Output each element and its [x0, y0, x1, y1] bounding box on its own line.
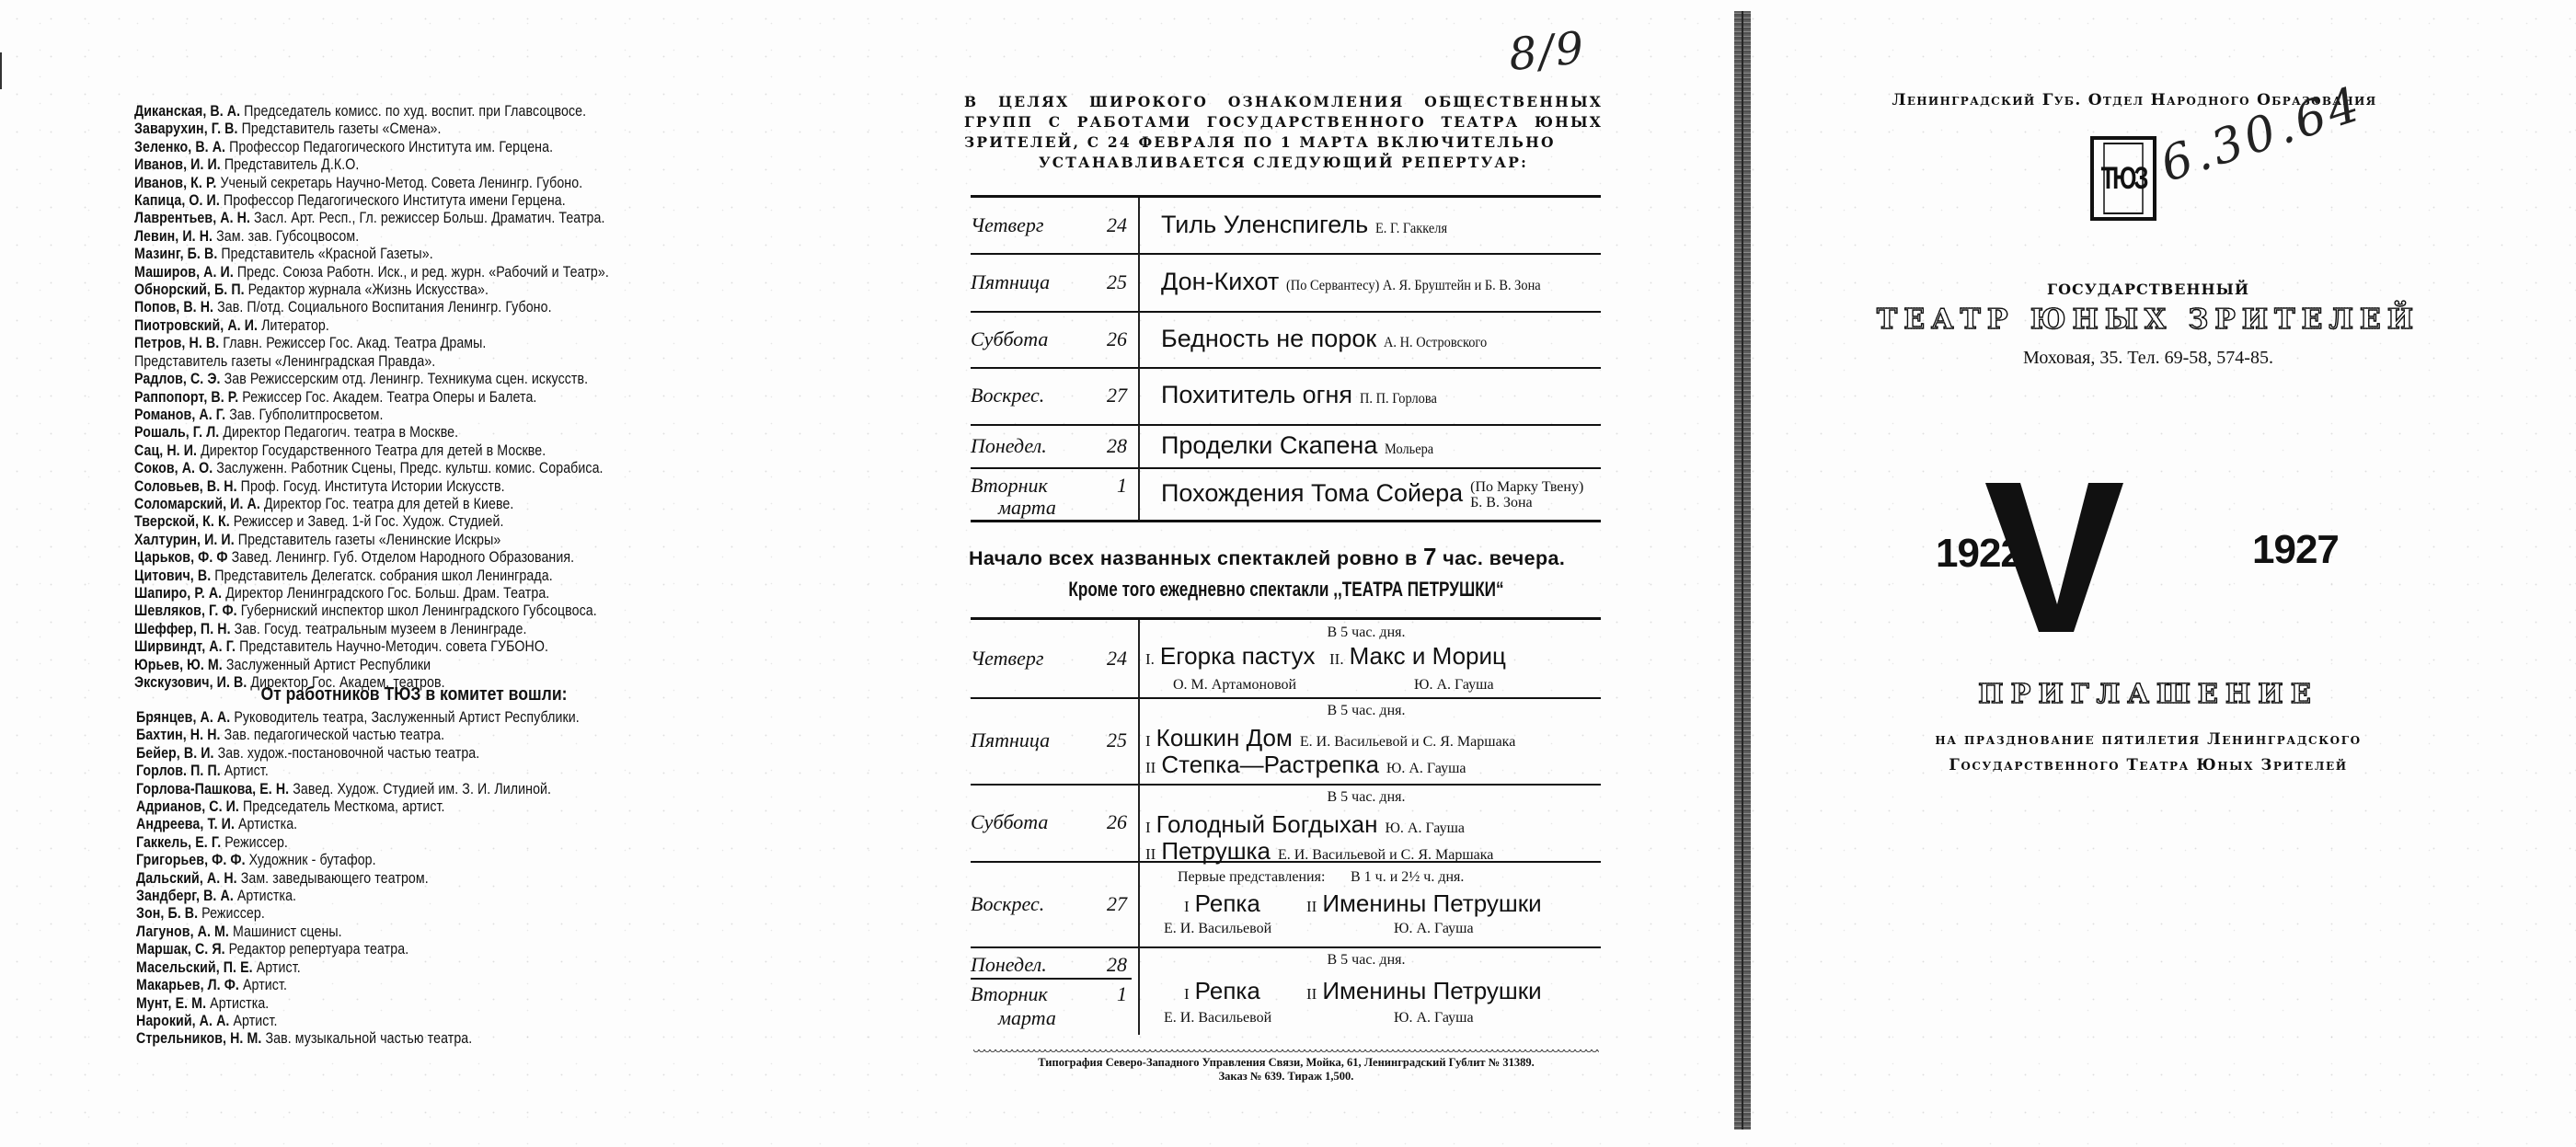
member-role: Артистка. — [238, 816, 297, 832]
play-author: Ю. А. Гауша — [1385, 820, 1465, 836]
play-cell: Тиль УленспигельЕ. Г. Гаккеля — [1161, 211, 1455, 239]
play-number: II — [1306, 898, 1317, 915]
member-name: Гаккель, Е. Г. — [136, 834, 221, 851]
committee-member: Тверской, К. К. Режиссер и Завед. 1-й Го… — [134, 513, 688, 531]
member-role: Проф. Госуд. Института Истории Искусств. — [241, 478, 505, 495]
member-role: Машинист сцены. — [233, 923, 342, 940]
member-role: Представитель газеты «Смена». — [242, 120, 442, 137]
committee-member: Зеленко, В. А. Профессор Педагогического… — [134, 139, 688, 156]
day-date: 28 — [1107, 434, 1127, 458]
play-title: Репка — [1195, 889, 1260, 917]
member-role: Завед. Худож. Студией им. З. И. Лилиной. — [293, 781, 551, 797]
play-number: I — [1145, 819, 1151, 836]
member-name: Масельский, П. Е. — [136, 959, 253, 976]
play-title: Макс и Мориц — [1350, 642, 1506, 670]
member-name: Капица, О. И. — [134, 192, 220, 209]
column-divider — [1138, 468, 1140, 521]
member-role: Представитель Д.К.О. — [224, 156, 360, 173]
member-name: Шевляков, Г. Ф. — [134, 602, 237, 619]
puppet-theatre-notice: Кроме того ежедневно спектакли ,,ТЕАТРА … — [1039, 578, 1534, 602]
member-role: Зам. зав. Губсоцвосом. — [216, 228, 359, 245]
puppet-play: IКошкин ДомЕ. И. Васильевой и С. Я. Марш… — [1145, 724, 1515, 752]
row-rule — [971, 520, 1601, 522]
day-cell: Четверг24 — [971, 213, 1132, 250]
puppet-schedule-row: Суббота26В 5 час. дня.IГолодный Богдыхан… — [971, 785, 1596, 862]
member-name: Цитович, В. — [134, 568, 211, 584]
committee-member: Горлов. П. П. Артист. — [136, 763, 690, 780]
show-time: В 5 час. дня. — [971, 703, 1596, 719]
member-name: Обнорский, Б. П. — [134, 281, 245, 298]
member-name: Горлова-Пашкова, Е. Н. — [136, 781, 289, 797]
play-author: А. Н. Островского — [1384, 335, 1487, 351]
member-name: Романов, А. Г. — [134, 407, 225, 423]
puppet-schedule-row: Пятница25В 5 час. дня.IКошкин ДомЕ. И. В… — [971, 698, 1596, 785]
committee-member: Мунт, Е. М. Артистка. — [136, 995, 690, 1013]
member-name: Зандберг, В. А. — [136, 888, 234, 904]
member-name: Григорьев, Ф. Ф. — [136, 852, 246, 868]
day-date: 24 — [1107, 213, 1127, 237]
committee-member: Соловьев, В. Н. Проф. Госуд. Института И… — [134, 478, 688, 496]
member-name: Макарьев, Л. Ф. — [136, 977, 239, 993]
committee-member: Попов, В. Н. Зав. П/отд. Социального Вос… — [134, 299, 688, 316]
committee-member: Шеффер, П. Н. Зав. Госуд. театральным му… — [134, 621, 688, 638]
day-date: 1 — [1117, 474, 1127, 498]
play-author: Ю. А. Гауша — [1394, 921, 1474, 937]
ornamental-wavy-rule — [973, 1050, 1599, 1055]
play-author: Е. Г. Гаккеля — [1375, 221, 1447, 237]
committee-member: Заварухин, Г. В. Представитель газеты «С… — [134, 120, 688, 138]
intro-line: В целях широкого ознакомления общественн… — [964, 93, 1603, 110]
committee-member: Рошаль, Г. Л. Директор Педагогич. театра… — [134, 424, 688, 442]
show-time: В 1 ч. и 2½ ч. дня. — [1351, 869, 1464, 886]
day-cell: Пятница25 — [971, 270, 1132, 307]
committee-member: Андреева, Т. И. Артистка. — [136, 816, 690, 833]
committee-member: Нарокий, А. А. Артист. — [136, 1013, 690, 1030]
play-number: II — [1145, 759, 1156, 776]
member-name: Брянцев, А. А. — [136, 709, 230, 726]
member-role: Артистка. — [237, 888, 296, 904]
member-name: Соловьев, В. Н. — [134, 478, 237, 495]
committee-member: Представитель газеты «Ленинградская Прав… — [134, 353, 688, 371]
day-split-rule — [971, 978, 1132, 980]
member-name: Маршак, С. Я. — [136, 941, 225, 958]
member-role: Артист. — [257, 959, 301, 976]
member-name: Диканская, В. А. — [134, 103, 240, 120]
committee-member: Макарьев, Л. Ф. Артист. — [136, 977, 690, 994]
member-name: Шапиро, Р. А. — [134, 585, 222, 602]
member-name: Стрельников, Н. М. — [136, 1030, 261, 1047]
member-name: Андреева, Т. И. — [136, 816, 235, 832]
member-role: Засл. Арт. Респ., Гл. режиссер Больш. Др… — [254, 210, 605, 226]
committee-member: Горлова-Пашкова, Е. Н. Завед. Худож. Сту… — [136, 781, 690, 798]
puppet-schedule-row: Четверг24В 5 час. дня.I.Егорка пастухО. … — [971, 620, 1596, 698]
play-author: Е. И. Васильевой — [1164, 921, 1271, 937]
page-edge-mark — [0, 52, 2, 89]
page-fold-shadow — [1734, 11, 1751, 1130]
committee-member: Шевляков, Г. Ф. Губерниский инспектор шк… — [134, 602, 688, 620]
day-month: марта — [998, 496, 1056, 520]
printer-imprint: Типография Северо-Западного Управления С… — [973, 1056, 1599, 1084]
member-name: Зон, Б. В. — [136, 905, 198, 922]
member-role: Литератор. — [261, 317, 329, 334]
day-cell: Суббота26 — [971, 810, 1132, 836]
committee-member: Диканская, В. А. Председатель комисс. по… — [134, 103, 688, 120]
play-number: I — [1184, 898, 1190, 915]
member-name: Попов, В. Н. — [134, 299, 213, 315]
play-title: Голодный Богдыхан — [1156, 810, 1378, 838]
play-title: Дон-Кихот — [1161, 268, 1279, 295]
member-name: Зеленко, В. А. — [134, 139, 225, 155]
play-title: Тиль Уленспигель — [1161, 211, 1368, 238]
member-role: Артист. — [233, 1013, 277, 1029]
theatre-gos-label: Государственный — [1803, 281, 2493, 298]
member-role: Председатель комисс. по худ. воспит. при… — [244, 103, 586, 120]
committee-member: Пиотровский, А. И. Литератор. — [134, 317, 688, 335]
member-role: Руководитель театра, Заслуженный Артист … — [234, 709, 579, 726]
committee-member: Гаккель, Е. Г. Режиссер. — [136, 834, 690, 852]
member-role: Ученый секретарь Научно-Метод. Совета Ле… — [220, 175, 582, 191]
member-name: Рошаль, Г. Л. — [134, 424, 219, 441]
member-role: Артистка. — [210, 995, 269, 1012]
member-name: Раппопорт, В. Р. — [134, 389, 238, 406]
member-name: Мунт, Е. М. — [136, 995, 206, 1012]
member-role: Зав Режиссерским отд. Ленингр. Техникума… — [224, 371, 589, 387]
puppet-play: II.Макс и Мориц — [1329, 642, 1506, 671]
roman-numeral-v-icon — [1985, 483, 2123, 632]
member-name: Нарокий, А. А. — [136, 1013, 229, 1029]
premiere-note: Первые представления: — [1178, 869, 1325, 886]
invitation-title: Приглашение — [1803, 678, 2493, 709]
committee-member: Григорьев, Ф. Ф. Художник - бутафор. — [136, 852, 690, 869]
play-title: Похититель огня — [1161, 381, 1352, 408]
member-role: Редактор журнала «Жизнь Искусства». — [248, 281, 489, 298]
play-title: Кошкин Дом — [1156, 724, 1293, 751]
play-title: Именины Петрушки — [1322, 889, 1541, 917]
play-number: I — [1184, 985, 1190, 1003]
invitation-subtitle: на празднование пятилетия Ленинградского… — [1803, 727, 2493, 778]
year-end: 1927 — [2252, 527, 2339, 573]
column-divider — [1138, 312, 1140, 368]
member-name: Заварухин, Г. В. — [134, 120, 238, 137]
tuz-logo-icon: ТЮЗ — [2090, 136, 2156, 221]
member-role: Профессор Педагогического Института им. … — [229, 139, 553, 155]
member-role: Артист. — [243, 977, 287, 993]
member-role: Режиссер Гос. Академ. Театра Оперы и Бал… — [242, 389, 536, 406]
puppet-play: IIИменины Петрушки — [1306, 889, 1542, 918]
committee-member: Халтурин, И. И. Представитель газеты «Ле… — [134, 532, 688, 549]
play-title: Репка — [1195, 977, 1260, 1004]
member-name: Маширов, А. И. — [134, 264, 234, 281]
play-author: Ю. А. Гауша — [1394, 1010, 1474, 1027]
play-number: I. — [1145, 650, 1155, 668]
day-cell: Воскрес.27 — [971, 384, 1132, 420]
column-divider — [1138, 254, 1140, 312]
play-cell: Бедность не порокА. Н. Островского — [1161, 325, 1499, 353]
day-cell: Вторник1марта — [971, 474, 1132, 510]
member-name: Царьков, Ф. Ф — [134, 549, 228, 566]
play-cell: Дон-Кихот(По Сервантесу) А. Я. Бруштейн … — [1161, 268, 1570, 296]
member-role: Председатель Месткома, артист. — [243, 798, 445, 815]
member-name: Адрианов, С. И. — [136, 798, 239, 815]
member-role: Заслуженный Артист Республики — [226, 657, 431, 673]
member-name: Петров, Н. В. — [134, 335, 219, 351]
member-name: Мазинг, Б. В. — [134, 246, 217, 262]
play-title: Именины Петрушки — [1322, 977, 1541, 1004]
committee-member: Ширвиндт, А. Г. Представитель Научно-Мет… — [134, 638, 688, 656]
committee-member: Зон, Б. В. Режиссер. — [136, 905, 690, 923]
member-role: Артист. — [224, 763, 269, 779]
member-role: Представитель Делегатск. собрания школ Л… — [214, 568, 552, 584]
puppet-play: IIИменины Петрушки — [1306, 977, 1542, 1005]
day-name: Четверг — [971, 213, 1043, 237]
member-name: Бахтин, Н. Н. — [136, 727, 221, 743]
play-author: (По Марку Твену)Б. В. Зона — [1470, 479, 1583, 510]
puppet-play: IРепка — [1184, 889, 1260, 918]
member-name: Халтурин, И. И. — [134, 532, 235, 548]
committee-member: Масельский, П. Е. Артист. — [136, 959, 690, 977]
member-role: Профессор Педагогического Института имен… — [224, 192, 566, 209]
day-cell: Вторник1марта — [971, 982, 1132, 1028]
committee-member: Сац, Н. И. Директор Государственного Теа… — [134, 442, 688, 460]
play-author: (По Сервантесу) А. Я. Бруштейн и Б. В. З… — [1286, 278, 1541, 294]
evening-schedule-row: Пятница25Дон-Кихот(По Сервантесу) А. Я. … — [971, 254, 1596, 312]
puppet-play: IГолодный БогдыханЮ. А. Гауша — [1145, 810, 1465, 839]
member-name: Лаврентьев, А. Н. — [134, 210, 250, 226]
committee-member: Дальский, А. Н. Зам. заведывающего театр… — [136, 870, 690, 888]
play-number: II. — [1329, 650, 1344, 668]
member-role: Художник - бутафор. — [249, 852, 376, 868]
puppet-play: I.Егорка пастух — [1145, 642, 1315, 671]
day-date: 25 — [1107, 270, 1127, 294]
puppet-play: IРепка — [1184, 977, 1260, 1005]
play-author: Е. И. Васильевой и С. Я. Маршака — [1300, 734, 1515, 750]
committee-member: Обнорский, Б. П. Редактор журнала «Жизнь… — [134, 281, 688, 299]
member-role: Представитель Научно-Методич. совета ГУБ… — [239, 638, 548, 655]
member-name: Сац, Н. И. — [134, 442, 197, 459]
day-name: Вторник — [971, 474, 1048, 498]
committee-member: Юрьев, Ю. М. Заслуженный Артист Республи… — [134, 657, 688, 674]
member-role: Режиссер. — [224, 834, 288, 851]
member-role: Представитель «Красной Газеты». — [221, 246, 432, 262]
member-role: Губерниский инспектор школ Ленинградског… — [241, 602, 597, 619]
day-name: Воскрес. — [971, 384, 1044, 407]
day-name: Суббота — [971, 327, 1048, 351]
tuz-committee-heading: От работников ТЮЗ в комитет вошли: — [131, 684, 697, 705]
member-name: Бейер, В. И. — [136, 745, 214, 762]
column-divider — [1138, 862, 1140, 947]
member-role: Заслуженн. Работник Сцены, Предс. культш… — [216, 460, 603, 476]
day-cell: Воскрес.27 — [971, 892, 1132, 918]
play-cell: Похититель огняП. П. Горлова — [1161, 381, 1445, 409]
member-name: Соков, А. О. — [134, 460, 213, 476]
repertoire-intro: В целях широкого ознакомления общественн… — [964, 92, 1603, 173]
committee-member: Бейер, В. И. Зав. худож.-постановочной ч… — [136, 745, 690, 763]
evening-schedule-row: Четверг24Тиль УленспигельЕ. Г. Гаккеля — [971, 198, 1596, 254]
member-role: Зав. П/отд. Социального Воспитания Ленин… — [217, 299, 551, 315]
evening-schedule-row: Суббота26Бедность не порокА. Н. Островск… — [971, 312, 1596, 368]
member-role: Директор Педагогич. театра в Москве. — [223, 424, 458, 441]
show-time: В 5 час. дня. — [971, 625, 1596, 641]
committee-member: Лагунов, А. М. Машинист сцены. — [136, 923, 690, 941]
member-role: Главн. Режиссер Гос. Акад. Театра Драмы. — [223, 335, 486, 351]
member-role: Предс. Союза Работн. Иск., и ред. журн. … — [237, 264, 609, 281]
member-role: Завед. Ленингр. Губ. Отделом Народного О… — [232, 549, 575, 566]
puppet-schedule-row: Воскрес.27Первые представления:В 1 ч. и … — [971, 862, 1596, 947]
committee-member: Брянцев, А. А. Руководитель театра, Засл… — [136, 709, 690, 727]
member-name: Радлов, С. Э. — [134, 371, 221, 387]
play-author: П. П. Горлова — [1360, 391, 1437, 407]
member-name: Левин, И. Н. — [134, 228, 213, 245]
play-title: Егорка пастух — [1160, 642, 1316, 670]
column-divider — [1138, 425, 1140, 468]
member-role: Режиссер и Завед. 1-й Гос. Худож. Студие… — [234, 513, 504, 530]
member-name: Тверской, К. К. — [134, 513, 230, 530]
theatre-name: Театр Юных Зрителей — [1803, 304, 2493, 336]
play-title: Степка—Растрепка — [1161, 751, 1379, 778]
member-name: Пиотровский, А. И. — [134, 317, 258, 334]
member-name: Дальский, А. Н. — [136, 870, 237, 887]
evening-schedule-row: Понедел.28Проделки СкапенаМольера — [971, 425, 1596, 468]
committee-member: Зандберг, В. А. Артистка. — [136, 888, 690, 905]
committee-member: Маширов, А. И. Предс. Союза Работн. Иск.… — [134, 264, 688, 281]
day-cell: Четверг24 — [971, 647, 1132, 672]
member-role: Зав. Губполитпросветом. — [229, 407, 383, 423]
member-role: Режиссер. — [201, 905, 265, 922]
committee-member: Лаврентьев, А. Н. Засл. Арт. Респ., Гл. … — [134, 210, 688, 227]
committee-member: Маршак, С. Я. Редактор репертуара театра… — [136, 941, 690, 958]
theatre-address: Моховая, 35. Тел. 69-58, 574-85. — [1803, 348, 2493, 369]
play-number: II — [1306, 985, 1317, 1003]
member-role: Редактор репертуара театра. — [229, 941, 409, 958]
member-role: Зав. Госуд. театральным музеем в Ленингр… — [235, 621, 527, 637]
left-page-committee: Диканская, В. А. Председатель комисс. по… — [0, 0, 828, 1147]
member-name: Юрьев, Ю. М. — [134, 657, 223, 673]
member-role: Директор Государственного Театра для дет… — [201, 442, 546, 459]
show-time: В 5 час. дня. — [971, 789, 1596, 806]
member-name: Шеффер, П. Н. — [134, 621, 231, 637]
committee-member: Шапиро, Р. А. Директор Ленинградского Го… — [134, 585, 688, 602]
day-date: 27 — [1107, 384, 1127, 407]
day-cell: Пятница25 — [971, 728, 1132, 754]
member-name: Ширвиндт, А. Г. — [134, 638, 236, 655]
tuz-committee-list: Брянцев, А. А. Руководитель театра, Засл… — [136, 709, 780, 1049]
intro-line: Зрителей, с 24 февраля по 1 марта включи… — [964, 133, 1556, 151]
puppet-play: IIСтепка—РастрепкаЮ. А. Гауша — [1145, 751, 1466, 779]
member-name: Горлов. П. П. — [136, 763, 221, 779]
evening-start-notice: Начало всех названных спектаклей ровно в… — [969, 543, 1604, 571]
committee-member: Левин, И. Н. Зам. зав. Губсоцвосом. — [134, 228, 688, 246]
committee-member: Романов, А. Г. Зав. Губполитпросветом. — [134, 407, 688, 424]
day-date: 26 — [1107, 327, 1127, 351]
committee-member: Мазинг, Б. В. Представитель «Красной Газ… — [134, 246, 688, 263]
department-title: Ленинградский Губ. Отдел Народного Образ… — [1803, 91, 2466, 109]
column-divider — [1138, 198, 1140, 254]
member-role: Зав. педагогической частью театра. — [224, 727, 445, 743]
member-role: Директор Гос. театра для детей в Киеве. — [264, 496, 514, 512]
play-title: Похождения Тома Сойера — [1161, 479, 1463, 507]
member-name: Иванов, К. Р. — [134, 175, 216, 191]
play-cell: Похождения Тома Сойера(По Марку Твену)Б.… — [1161, 479, 1583, 510]
intro-line: групп с работами Государственного Театра… — [964, 113, 1603, 131]
play-number: I — [1145, 732, 1151, 750]
committee-member: Радлов, С. Э. Зав Режиссерским отд. Лени… — [134, 371, 688, 388]
committee-member: Соков, А. О. Заслуженн. Работник Сцены, … — [134, 460, 688, 477]
committee-member: Иванов, И. И. Представитель Д.К.О. — [134, 156, 688, 174]
play-author: О. М. Артамоновой — [1173, 677, 1296, 694]
member-role: Зав. худож.-постановочной частью театра. — [218, 745, 480, 762]
member-role: Директор Ленинградского Гос. Больш. Драм… — [225, 585, 549, 602]
member-role: Зам. заведывающего театром. — [241, 870, 429, 887]
committee-member: Цитович, В. Представитель Делегатск. соб… — [134, 568, 688, 585]
play-author: Е. И. Васильевой — [1164, 1010, 1271, 1027]
committee-member: Раппопорт, В. Р. Режиссер Гос. Академ. Т… — [134, 389, 688, 407]
evening-schedule-row: Воскрес.27Похититель огняП. П. Горлова — [971, 368, 1596, 425]
play-author: Мольера — [1385, 442, 1433, 458]
show-time: В 5 час. дня. — [971, 952, 1596, 969]
day-cell: Понедел.28 — [971, 434, 1132, 471]
play-author: Ю. А. Гауша — [1414, 677, 1494, 694]
evening-schedule-row: Вторник1мартаПохождения Тома Сойера(По М… — [971, 468, 1596, 521]
committee-member: Бахтин, Н. Н. Зав. педагогической частью… — [136, 727, 690, 744]
committee-member: Адрианов, С. И. Председатель Месткома, а… — [136, 798, 690, 816]
member-role: Зав. музыкальной частью театра. — [265, 1030, 472, 1047]
committee-member: Соломарский, И. А. Директор Гос. театра … — [134, 496, 688, 513]
committee-member: Царьков, Ф. Ф Завед. Ленингр. Губ. Отдел… — [134, 549, 688, 567]
puppet-schedule-row: Понедел.28Вторник1мартаВ 5 час. дня.IРеп… — [971, 947, 1596, 1035]
committee-member: Стрельников, Н. М. Зав. музыкальной част… — [136, 1030, 690, 1048]
member-name: Иванов, И. И. — [134, 156, 221, 173]
member-role: Представитель газеты «Ленинградская Прав… — [134, 353, 435, 370]
play-cell: Проделки СкапенаМольера — [1161, 431, 1439, 460]
committee-member: Петров, Н. В. Главн. Режиссер Гос. Акад.… — [134, 335, 688, 352]
member-name: Соломарский, И. А. — [134, 496, 260, 512]
right-page-cover — [1751, 0, 2576, 1147]
play-author: Ю. А. Гауша — [1386, 761, 1466, 776]
column-divider — [1138, 368, 1140, 425]
day-cell: Суббота26 — [971, 327, 1132, 364]
play-title: Проделки Скапена — [1161, 431, 1377, 459]
handwritten-folio-mark: 8/9 — [1506, 22, 1588, 81]
committee-member: Капица, О. И. Профессор Педагогического … — [134, 192, 688, 210]
member-name: Лагунов, А. М. — [136, 923, 229, 940]
play-title: Бедность не порок — [1161, 325, 1376, 352]
day-name: Пятница — [971, 270, 1050, 294]
committee-member: Иванов, К. Р. Ученый секретарь Научно-Ме… — [134, 175, 688, 192]
member-role: Представитель газеты «Ленинские Искры» — [238, 532, 501, 548]
committee-list: Диканская, В. А. Председатель комисс. по… — [134, 103, 778, 692]
intro-line: устанавливается следующий репертуар: — [964, 153, 1603, 173]
day-name: Понедел. — [971, 434, 1047, 458]
